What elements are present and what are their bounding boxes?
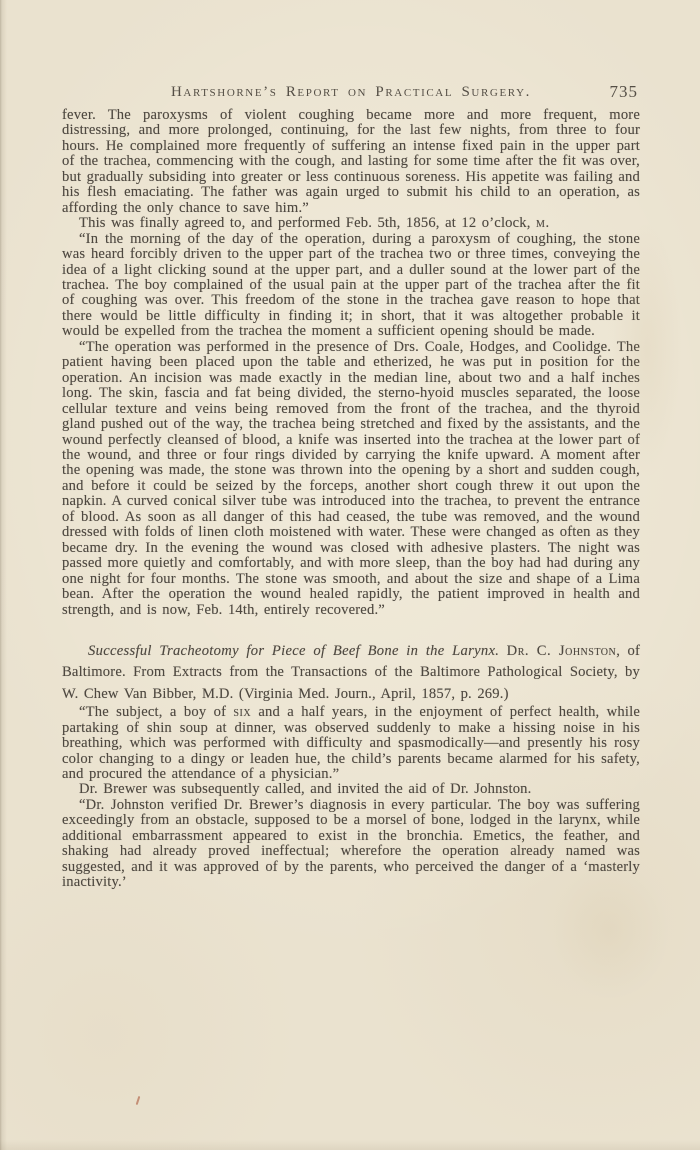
paragraph: “The subject, a boy of six and a half ye… (62, 705, 640, 782)
text-segment-normal: “The subject, a boy of (79, 704, 233, 720)
paragraph: This was finally agreed to, and performe… (62, 216, 640, 231)
text-segment-normal (499, 643, 506, 659)
paragraph: fever. The paroxysms of violent coughing… (62, 108, 640, 216)
page-number: 735 (610, 82, 639, 102)
paragraph: “The operation was performed in the pres… (62, 340, 640, 618)
text-segment-normal: Dr. Brewer was subsequently called, and … (79, 781, 531, 797)
running-header: Hartshorne’s Report on Practical Surgery… (62, 84, 640, 104)
text-segment-normal: This was finally agreed to, and performe… (79, 215, 536, 231)
text-segment-italic: Successful Tracheotomy for Piece of Beef… (88, 643, 499, 659)
text-segment-smallcaps: six (233, 704, 251, 720)
scanned-page: Hartshorne’s Report on Practical Surgery… (0, 0, 700, 1150)
article-body: fever. The paroxysms of violent coughing… (62, 108, 640, 891)
text-segment-smallcaps: m. (536, 215, 550, 231)
paragraph: Dr. Brewer was subsequently called, and … (62, 782, 640, 797)
text-segment-smallcaps: Dr. C. Johnston (507, 643, 617, 659)
paper-fleck (136, 1096, 141, 1105)
paper-stain (612, 220, 682, 480)
running-header-title: Hartshorne’s Report on Practical Surgery… (62, 84, 640, 101)
text-segment-normal: “The operation was performed in the pres… (62, 339, 640, 618)
paragraph: “In the morning of the day of the operat… (62, 232, 640, 340)
text-segment-normal: fever. The paroxysms of violent coughing… (62, 107, 640, 216)
paragraph: Successful Tracheotomy for Piece of Beef… (62, 641, 640, 705)
text-segment-normal: “In the morning of the day of the operat… (62, 231, 640, 340)
paper-stain (550, 860, 670, 1000)
